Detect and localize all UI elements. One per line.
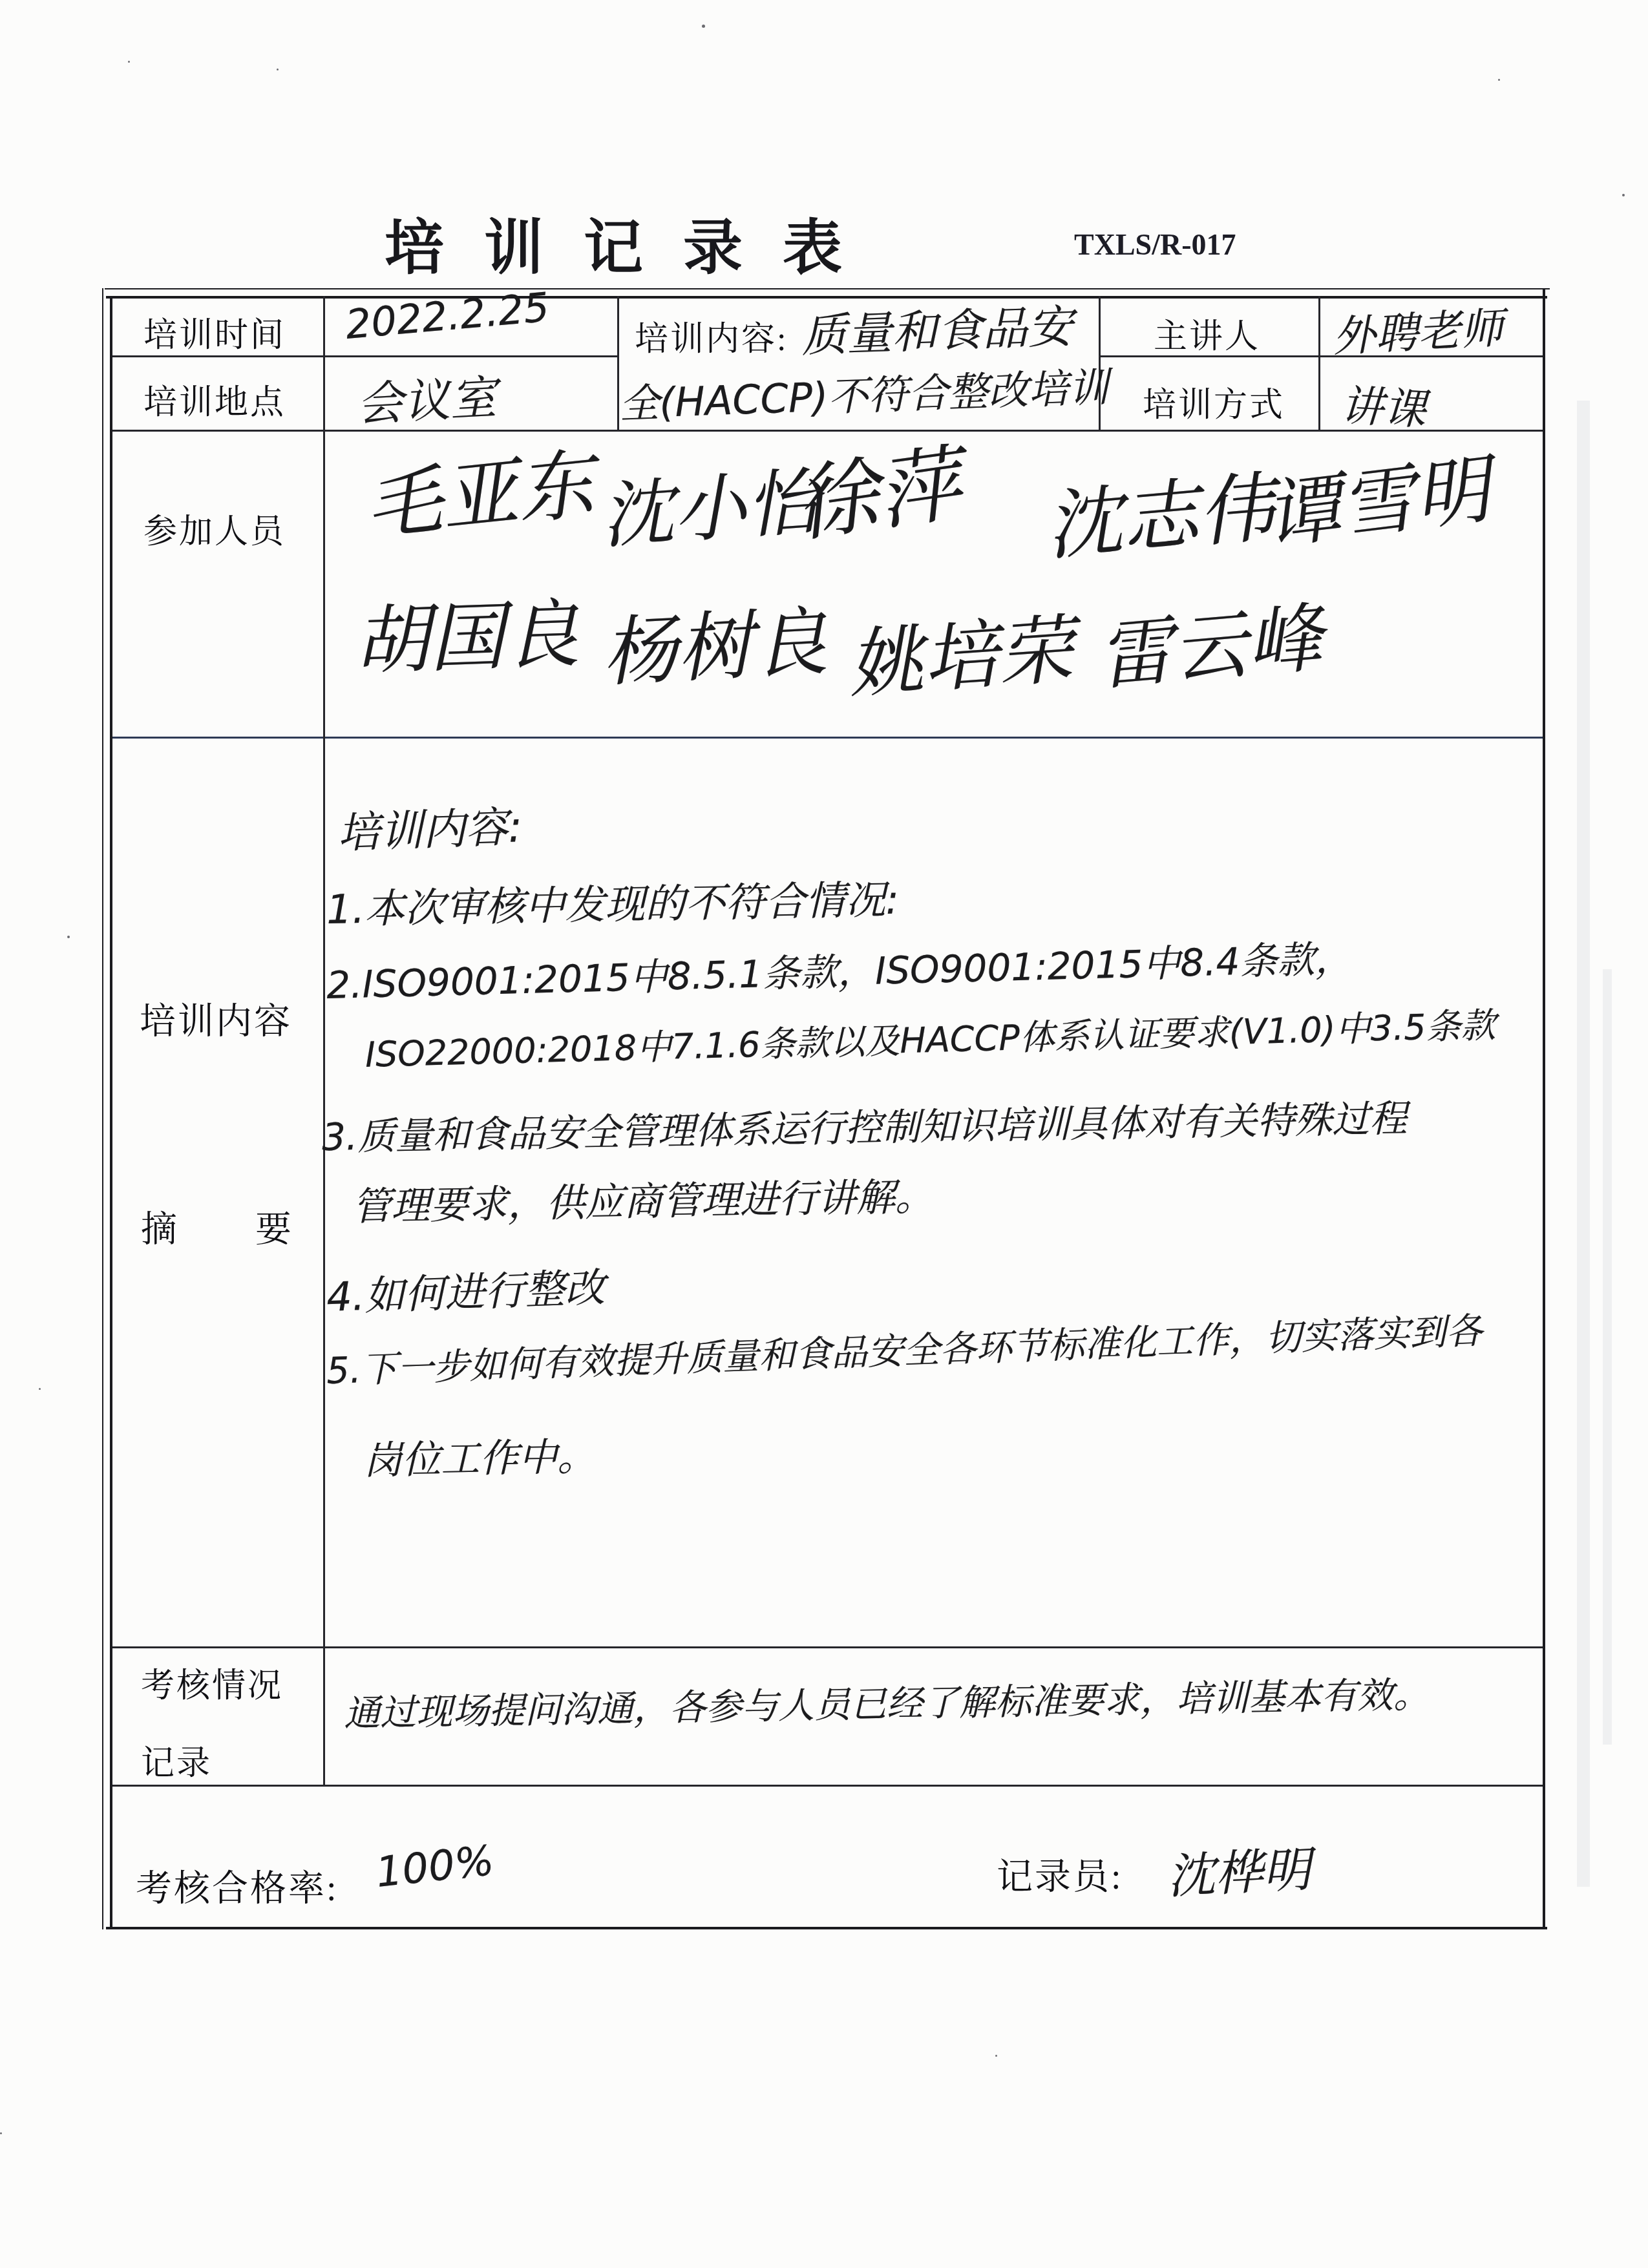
table-line — [110, 1646, 1545, 1648]
participant-signature: 姚培荣 — [844, 589, 1076, 713]
training-content-line2: 全(HACCP)不符合整改培训 — [618, 355, 1109, 430]
participant-signature: 雷云峰 — [1093, 578, 1326, 705]
table-line — [106, 296, 1547, 299]
table-line — [110, 1785, 1545, 1787]
table-line — [110, 430, 1545, 432]
training-place-value: 会议室 — [355, 360, 498, 434]
summary-line: ISO22000:2018中7.1.6条款以及HACCP体系认证要求(V1.0)… — [364, 998, 1496, 1077]
summary-line: 培训内容: — [336, 792, 523, 860]
scan-streak — [1577, 401, 1590, 1887]
recorder-signature: 沈桦明 — [1165, 1831, 1312, 1907]
table-line — [110, 296, 112, 1929]
training-method-label: 培训方式 — [1143, 377, 1285, 426]
scan-speck — [702, 25, 705, 28]
summary-line: 3.质量和食品安全管理体系运行控制知识培训具体对有关特殊过程 — [321, 1088, 1408, 1161]
summary-line: 管理要求，供应商管理进行讲解。 — [352, 1166, 934, 1232]
participant-signature: 谭雪明 — [1259, 429, 1495, 563]
training-time-label: 培训时间 — [143, 308, 286, 356]
scan-speck — [1622, 194, 1625, 196]
table-line — [1318, 296, 1320, 430]
summary-line: 岗位工作中。 — [363, 1426, 596, 1486]
table-line — [105, 288, 1550, 289]
participant-signature: 杨树良 — [600, 582, 830, 701]
participant-signature: 毛亚东 — [359, 422, 598, 555]
scan-speck — [1498, 79, 1500, 81]
summary-label-line1: 培训内容 — [140, 992, 292, 1044]
training-content-line1: 质量和食品安 — [800, 290, 1073, 365]
recorder-label: 记录员: — [997, 1848, 1123, 1900]
scan-streak — [1603, 969, 1612, 1745]
pass-rate-value: 100% — [374, 1837, 496, 1897]
form-doc-number: TXLS/R-017 — [1074, 227, 1236, 262]
training-content-label: 培训内容: — [635, 311, 788, 360]
participants-label: 参加人员 — [143, 504, 286, 552]
table-line — [323, 296, 325, 1785]
table-line — [102, 288, 103, 1929]
lecturer-label: 主讲人 — [1154, 309, 1260, 357]
table-line — [110, 737, 1545, 739]
assessment-label-line1: 考核情况 — [141, 1658, 283, 1706]
lecturer-value: 外聘老师 — [1331, 293, 1505, 364]
participant-signature: 胡国良 — [352, 574, 581, 689]
training-place-label: 培训地点 — [143, 375, 286, 423]
pass-rate-label: 考核合格率: — [136, 1860, 339, 1911]
summary-line: 2.ISO9001:2015中8.5.1条款，ISO9001:2015中8.4条… — [326, 928, 1353, 1009]
scan-speck — [128, 61, 130, 63]
assessment-value: 通过现场提问沟通，各参与人员已经了解标准要求，培训基本有效。 — [343, 1666, 1430, 1737]
participant-signature: 徐萍 — [787, 417, 967, 558]
participant-signature: 沈志伟 — [1041, 445, 1278, 574]
training-record-table: 培训时间 2022.2.25 培训内容: 质量和食品安 全(HACCP)不符合整… — [110, 296, 1545, 1929]
training-method-value: 讲课 — [1340, 371, 1428, 437]
summary-line: 4.如何进行整改 — [325, 1255, 606, 1323]
scan-speck — [0, 2132, 2, 2134]
assessment-label-line2: 记录 — [141, 1736, 212, 1784]
scan-speck — [277, 68, 279, 70]
summary-line: 1.本次审核中发现的不符合情况: — [326, 868, 899, 935]
training-time-value: 2022.2.25 — [344, 284, 551, 348]
scan-speck — [67, 936, 70, 938]
form-title: 培训记录表 — [385, 200, 882, 286]
scan-speck — [995, 2055, 997, 2057]
table-line — [106, 1927, 1547, 1929]
summary-label-line2: 摘 要 — [141, 1201, 293, 1252]
scan-speck — [39, 1388, 41, 1390]
participant-signature: 沈小怡 — [597, 444, 821, 563]
table-line — [1543, 288, 1545, 1929]
scanned-training-record-form: 培训记录表 TXLS/R-017 培训时间 2022.2.25 培训内容: 质量… — [0, 0, 1648, 2268]
